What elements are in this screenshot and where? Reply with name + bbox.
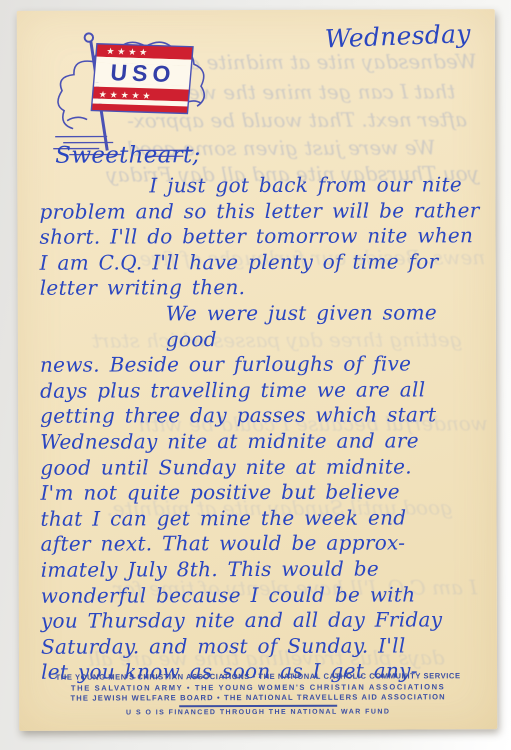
footer-orgs-line-3: THE JEWISH WELFARE BOARD • THE NATIONAL … [33,692,483,704]
letter-line: Wednesday nite at midnite and are [40,428,484,455]
letter-line: problem and so this letter will be rathe… [39,198,483,225]
letter-line: news. Beside our furloughs of five [40,351,484,378]
letter-line: good until Sunday nite at midnite. [40,454,484,481]
stationery-footer: THE YOUNG MEN'S CHRISTIAN ASSOCIATIONS •… [33,671,483,719]
letter-line: Saturday. and most of Sunday. I'll [41,633,485,660]
footer-war-fund-line: U S O IS FINANCED THROUGH THE NATIONAL W… [33,707,483,719]
flag-uso-text: USO [110,59,177,87]
letter-body: I just got back from our nite problem an… [39,172,485,685]
letter-line: wonderful because I could be with [41,582,485,609]
footer-divider [179,705,337,707]
letter-line: letter writing then. [40,275,484,302]
flag: ★ ★ ★ ★ ★ ★ ★ ★ ★ USO [91,44,193,114]
letter-line: that I can get mine the week end [40,505,484,532]
letter-line: getting three day passes which start [40,403,484,430]
letter-paper: Wednesday nite at midnite and are that I… [17,9,498,731]
letter-salutation: Sweetheart; [55,142,200,169]
letter-line: I'm not quite positive but believe [40,479,484,506]
letter-line: days plus travelling time we are all [40,377,484,404]
letter-date: Wednesday [324,18,485,53]
letter-line: I am C.Q. I'll have plenty of time for [40,249,484,276]
flag-stars-bottom: ★ ★ ★ ★ ★ [98,90,151,102]
letter-line: after next. That would be approx- [41,531,485,558]
letter-line: you Thursday nite and all day Friday [41,607,485,634]
letter-line: short. I'll do better tomorrow nite when [39,223,483,250]
letter-line: I just got back from our nite [39,172,483,199]
letter-line: We were just given some good [40,300,484,353]
letter-line: imately July 8th. This would be [41,556,485,583]
flag-stars-top: ★ ★ ★ ★ [106,47,148,58]
